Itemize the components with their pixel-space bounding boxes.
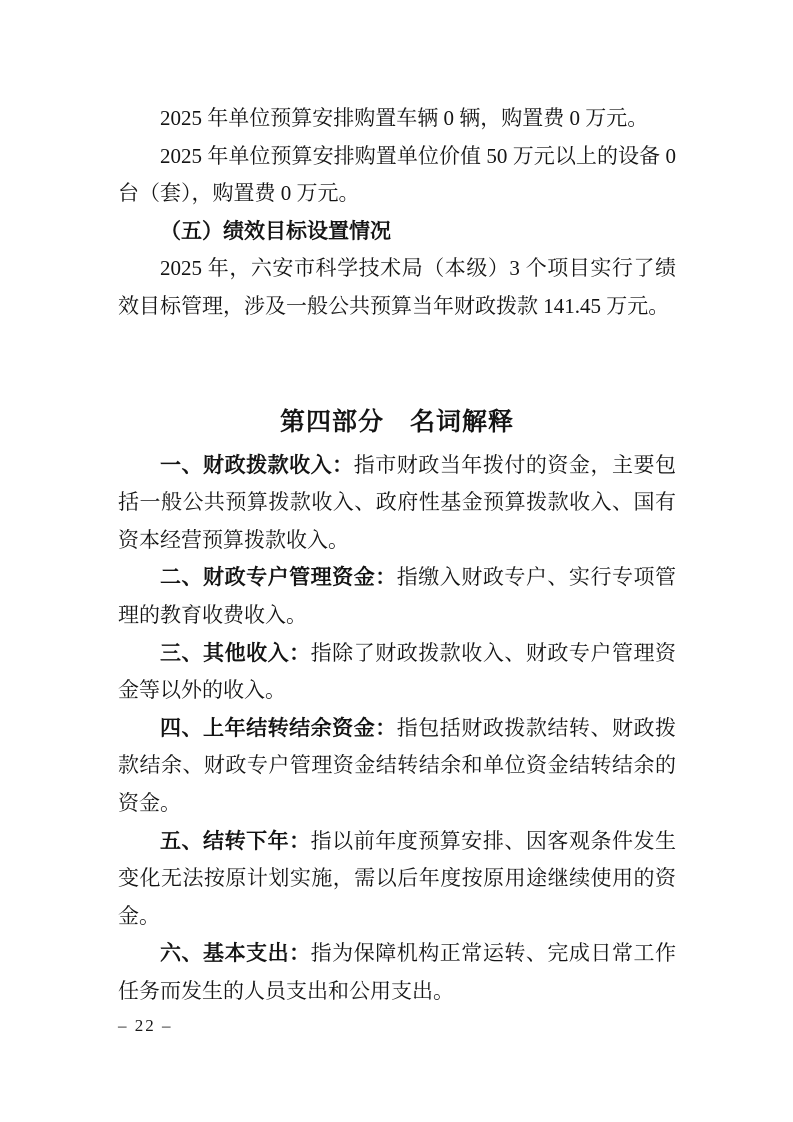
glossary-term-label: 二、财政专户管理资金：	[160, 566, 397, 589]
glossary-term-label: 五、结转下年：	[160, 830, 311, 853]
glossary-term-basic-expenditure: 六、基本支出：指为保障机构正常运转、完成日常工作任务而发生的人员支出和公用支出。	[118, 935, 676, 1010]
glossary-term-other-income: 三、其他收入：指除了财政拨款收入、财政专户管理资金等以外的收入。	[118, 635, 676, 710]
glossary-term-carryover-to-next-year: 五、结转下年：指以前年度预算安排、因客观条件发生变化无法按原计划实施，需以后年度…	[118, 823, 676, 936]
page-number: – 22 –	[118, 1014, 173, 1038]
document-page: 2025 年单位预算安排购置车辆 0 辆，购置费 0 万元。 2025 年单位预…	[0, 0, 793, 1122]
paragraph-equipment-purchase: 2025 年单位预算安排购置单位价值 50 万元以上的设备 0 台（套），购置费…	[118, 138, 676, 213]
paragraph-performance-targets: 2025 年，六安市科学技术局（本级）3 个项目实行了绩效目标管理，涉及一般公共…	[118, 250, 676, 325]
paragraph-vehicle-purchase: 2025 年单位预算安排购置车辆 0 辆，购置费 0 万元。	[118, 100, 676, 138]
glossary-term-label: 一、财政拨款收入：	[160, 454, 354, 477]
glossary-term-fiscal-appropriation-income: 一、财政拨款收入：指市财政当年拨付的资金，主要包括一般公共预算拨款收入、政府性基…	[118, 447, 676, 560]
glossary-term-label: 四、上年结转结余资金：	[160, 717, 397, 740]
glossary-term-fiscal-special-account-funds: 二、财政专户管理资金：指缴入财政专户、实行专项管理的教育收费收入。	[118, 559, 676, 634]
page-content: 2025 年单位预算安排购置车辆 0 辆，购置费 0 万元。 2025 年单位预…	[118, 100, 676, 1010]
glossary-term-carryover-surplus-funds: 四、上年结转结余资金：指包括财政拨款结转、财政拨款结余、财政专户管理资金结转结余…	[118, 710, 676, 823]
glossary-term-label: 三、其他收入：	[160, 642, 311, 665]
subsection-heading-performance-targets: （五）绩效目标设置情况	[118, 213, 676, 251]
section-title-glossary: 第四部分 名词解释	[118, 402, 676, 442]
glossary-term-label: 六、基本支出：	[160, 942, 311, 965]
